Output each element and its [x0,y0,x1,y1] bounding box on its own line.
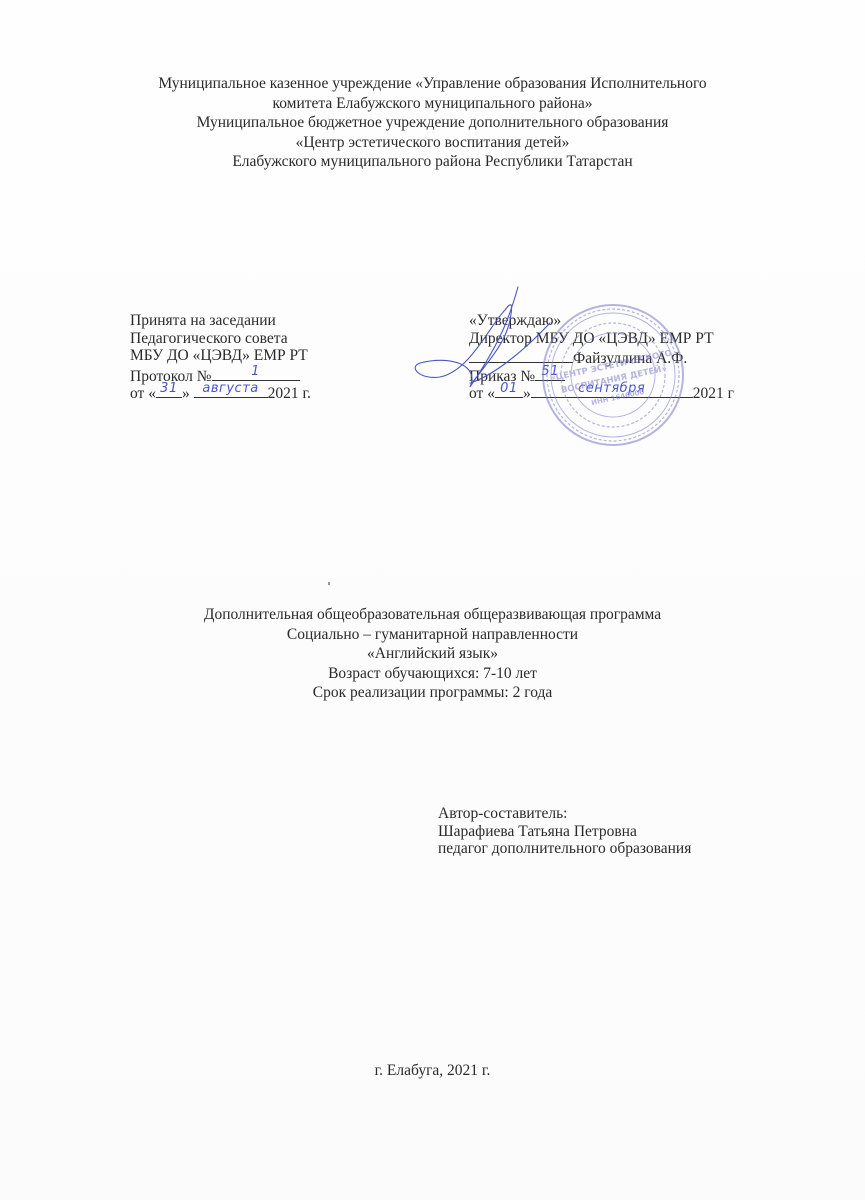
program-title: Дополнительная общеобразовательная общер… [0,605,865,625]
date-day-field: 31 [156,382,182,398]
program-age: Возраст обучающихся: 7-10 лет [0,664,865,684]
approval-line: Принята на заседании [130,312,311,330]
author-name: Шарафиева Татьяна Петровна [438,823,691,841]
signature-field [469,347,573,363]
director-signature-line: Файзуллина А.Ф. [469,347,734,365]
approval-line: Директор МБУ ДО «ЦЭВД» ЕМР РТ [469,330,734,348]
handwritten-day: 31 [156,380,182,398]
author-position: педагог дополнительного образования [438,840,691,858]
header-line: Муниципальное бюджетное учреждение допол… [0,113,865,133]
director-date-line: от «01»сентября2021 г [469,382,734,400]
handwritten-protocol-number: 1 [212,363,300,381]
program-direction: Социально – гуманитарной направленности [0,625,865,645]
council-date-line: от «31» августа2021 г. [130,382,311,400]
protocol-number-field: 1 [212,365,300,381]
header-line: Муниципальное казенное учреждение «Управ… [0,74,865,94]
date-suffix: 2021 г. [268,385,311,402]
document-page: Муниципальное казенное учреждение «Управ… [0,0,865,1200]
author-block: Автор-составитель: Шарафиева Татьяна Пет… [438,805,691,858]
header-line: Елабужского муниципального района Респуб… [0,152,865,172]
handwritten-month: августа [194,380,268,398]
date-mid: » [182,385,190,402]
place-year-footer: г. Елабуга, 2021 г. [0,1061,865,1080]
director-approval-block: «Утверждаю» Директор МБУ ДО «ЦЭВД» ЕМР Р… [469,312,734,400]
date-prefix: от « [469,385,495,402]
program-name: «Английский язык» [0,644,865,664]
order-number-field: 51 [535,365,565,381]
program-title-block: Дополнительная общеобразовательная общер… [0,605,865,703]
handwritten-day: 01 [495,380,523,398]
date-prefix: от « [130,385,156,402]
author-label: Автор-составитель: [438,805,691,823]
council-approval-block: Принята на заседании Педагогического сов… [130,312,311,400]
date-day-field: 01 [495,382,523,398]
organization-header: Муниципальное казенное учреждение «Управ… [0,74,865,172]
handwritten-order-number: 51 [535,363,565,381]
header-line: «Центр эстетического воспитания детей» [0,133,865,153]
date-month-field: сентября [531,382,693,398]
date-mid: » [523,385,531,402]
date-month-field: августа [194,382,268,398]
header-line: комитета Елабужского муниципального райо… [0,94,865,114]
approval-line: «Утверждаю» [469,312,734,330]
handwritten-month: сентября [531,380,693,398]
program-duration: Срок реализации программы: 2 года [0,683,865,703]
date-suffix: 2021 г [693,385,734,402]
scan-artifact [328,582,330,585]
approval-line: Педагогического совета [130,330,311,348]
